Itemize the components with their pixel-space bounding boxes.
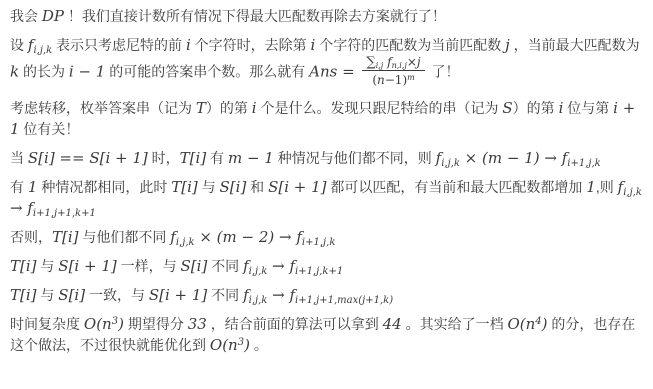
- math-run: 33: [188, 315, 207, 333]
- fraction-numerator: ∑i,j fn,i,j×j: [362, 54, 424, 70]
- math-run: → f: [10, 199, 33, 217]
- math-subscript: i+1,j+1,max(j+1,k): [295, 295, 393, 306]
- text-run: 一样，与: [117, 258, 181, 274]
- text-run: 有: [206, 150, 228, 166]
- text-run: 与他们都不同: [79, 229, 171, 245]
- text-run: ,则: [596, 179, 618, 195]
- math-subscript: i,j,k: [249, 266, 268, 277]
- math-run: S[i + 1]: [149, 286, 207, 304]
- text-run: 种情况都相同，此时: [37, 179, 171, 195]
- math-run: T: [196, 99, 206, 117]
- math-run: DP: [42, 7, 64, 25]
- math-run: O(n: [84, 315, 112, 333]
- text-run: 的长为: [19, 64, 69, 80]
- math-run: S[i + 1]: [268, 178, 326, 196]
- text-run: 不同: [207, 287, 243, 303]
- math-run: ∑: [366, 55, 375, 70]
- text-run: 与: [37, 287, 59, 303]
- paragraph-complexity: 时间复杂度 O(n3) 期望得分 33 ，结合前面的算法可以拿到 44 。其实给…: [10, 314, 643, 356]
- text-run: 个字符时，去除第: [191, 37, 311, 53]
- math-run: k: [10, 63, 19, 81]
- text-run: 表示只考虑尼特的前: [52, 37, 186, 53]
- math-run: → f: [267, 257, 295, 275]
- math-run: −1): [385, 73, 407, 87]
- math-run: S: [502, 99, 512, 117]
- text-run: 有: [10, 179, 28, 195]
- math-run: m − 1: [228, 149, 274, 167]
- math-run: O(n: [210, 336, 238, 354]
- math-run: 1: [586, 178, 596, 196]
- paragraph-case-otherwise: 否则，T[i] 与他们都不同 fi,j,k × (m − 2) → fi+1,j…: [10, 227, 643, 248]
- text-run: 和: [246, 179, 268, 195]
- paragraph-case-match-current: T[i] 与 S[i] 一致，与 S[i + 1] 不同 fi,j,k → fi…: [10, 285, 643, 306]
- text-run: 。其实给了一档: [402, 316, 508, 332]
- text-run: ，当前最大匹配数为: [510, 37, 640, 53]
- text-run: 我会: [10, 8, 42, 24]
- text-run: 都可以匹配，有当前和最大匹配数都增加: [327, 179, 587, 195]
- math-run: × (m − 2) → f: [195, 228, 302, 246]
- paragraph-intro: 我会 DP ！我们直接计数所有情况下得最大匹配数再除去方案就行了！: [10, 6, 643, 27]
- math-run: T[i]: [10, 257, 37, 275]
- math-run: T[i]: [180, 149, 207, 167]
- paragraph-transition: 考虑转移，枚举答案串（记为 T）的第 i 个是什么。发现只跟尼特给的串（记为 S…: [10, 98, 643, 140]
- text-run: 种情况与他们都不同，则: [274, 150, 436, 166]
- math-run: 1: [28, 178, 38, 196]
- text-run: 与: [198, 179, 220, 195]
- fraction: ∑i,j fn,i,j×j(n−1)m: [362, 54, 424, 88]
- math-run: × (m − 1) → f: [460, 149, 567, 167]
- text-run: 了！: [428, 64, 460, 80]
- text-run: 个字符的匹配数为当前匹配数: [315, 37, 505, 53]
- math-run: j: [417, 55, 421, 69]
- math-run: 44: [383, 315, 402, 333]
- text-run: 位与第: [563, 100, 613, 116]
- paragraph-case-equal-chars: 当 S[i] == S[i + 1] 时，T[i] 有 m − 1 种情况与他们…: [10, 148, 643, 169]
- text-run: 位有关！: [20, 121, 80, 137]
- math-superscript: m: [407, 73, 415, 82]
- text-run: 时，: [148, 150, 180, 166]
- math-run: ×: [407, 55, 417, 69]
- math-run: S[i]: [181, 257, 208, 275]
- math-subscript: i,j,k: [176, 237, 195, 248]
- text-run: 不同: [207, 258, 243, 274]
- text-run: 期望得分: [124, 316, 188, 332]
- math-subscript: i+1,j,k: [302, 237, 335, 248]
- math-subscript: i,j,k: [249, 295, 268, 306]
- text-run: 的可能的答案串个数。那么就有: [105, 64, 309, 80]
- math-run: T[i]: [52, 228, 79, 246]
- text-run: 否则，: [10, 229, 52, 245]
- math-run: S[i + 1]: [58, 257, 116, 275]
- text-run: ！我们直接计数所有情况下得最大匹配数再除去方案就行了！: [64, 8, 446, 24]
- text-run: 当: [10, 150, 28, 166]
- paragraph-case-match-next: T[i] 与 S[i + 1] 一样，与 S[i] 不同 fi,j,k → fi…: [10, 256, 643, 277]
- math-run: Ans: [309, 63, 337, 81]
- text-run: 与: [37, 258, 59, 274]
- math-run: =: [337, 63, 359, 81]
- text-run: 个是什么。发现只跟尼特给的串（记为: [257, 100, 503, 116]
- paragraph-case-one-same: 有 1 种情况都相同，此时 T[i] 与 S[i] 和 S[i + 1] 都可以…: [10, 177, 643, 219]
- math-run: T[i]: [10, 286, 37, 304]
- fraction-denominator: (n−1)m: [362, 70, 424, 88]
- text-run: ）的第: [513, 100, 559, 116]
- paragraph-dp-definition: 设 fi,j,k 表示只考虑尼特的前 i 个字符时，去除第 i 个字符的匹配数为…: [10, 35, 643, 90]
- math-subscript: i+1,j,k+1: [295, 266, 343, 277]
- text-run: ）的第: [206, 100, 252, 116]
- text-run: 。: [250, 337, 268, 353]
- math-subscript: i+1,j+1,k+1: [33, 208, 96, 219]
- math-run: i − 1: [69, 63, 105, 81]
- math-run: f: [383, 55, 391, 69]
- math-subscript: i,j,k: [441, 158, 460, 169]
- math-subscript: i,j,k: [33, 45, 52, 56]
- math-run: S[i] == S[i + 1]: [28, 149, 148, 167]
- text-run: 时间复杂度: [10, 316, 84, 332]
- math-run: T[i]: [171, 178, 198, 196]
- text-run: 考虑转移，枚举答案串（记为: [10, 100, 196, 116]
- math-subscript: n,i,j: [392, 61, 407, 70]
- math-subscript: i,j: [376, 61, 384, 70]
- editorial-document: 我会 DP ！我们直接计数所有情况下得最大匹配数再除去方案就行了！ 设 fi,j…: [0, 0, 653, 389]
- math-run: O(n: [507, 315, 535, 333]
- math-subscript: i,j,k: [623, 187, 642, 198]
- text-run: ，结合前面的算法可以拿到: [207, 316, 383, 332]
- text-run: 设: [10, 37, 28, 53]
- math-subscript: i+1,j,k: [567, 158, 600, 169]
- text-run: 一致，与: [85, 287, 149, 303]
- math-run: → f: [267, 286, 295, 304]
- math-run: S[i]: [220, 178, 247, 196]
- math-run: S[i]: [58, 286, 85, 304]
